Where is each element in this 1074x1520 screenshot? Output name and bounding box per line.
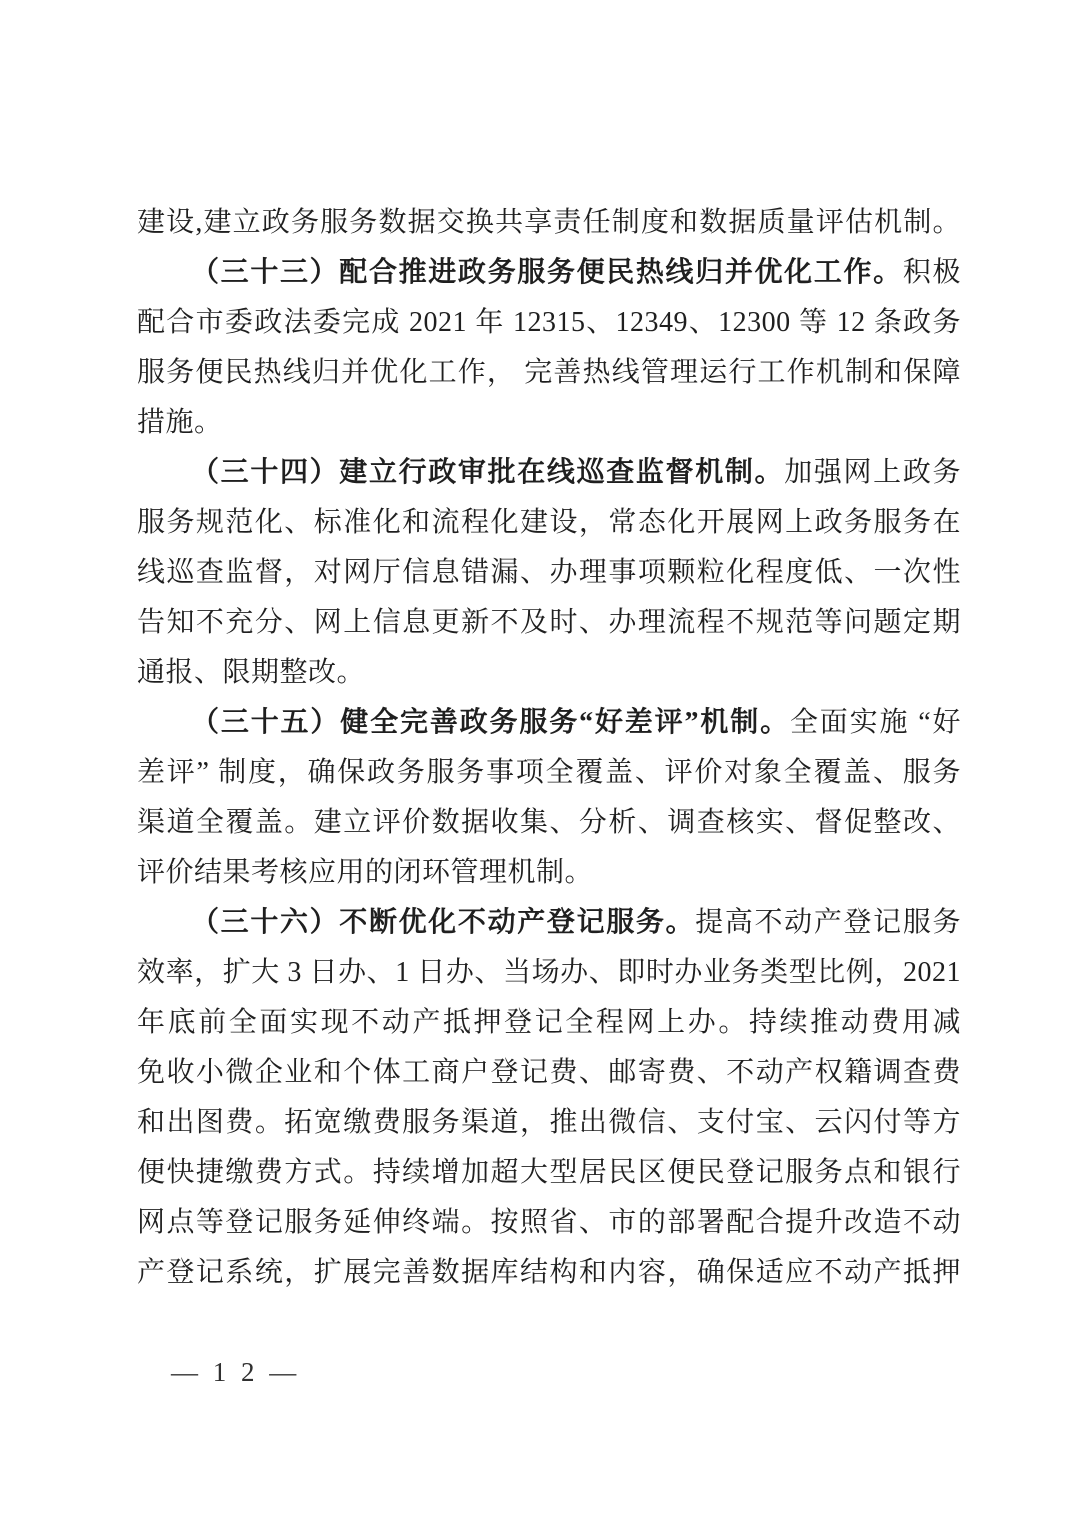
text-line: 配合市委政法委完成 2021 年 12315、12349、12300 等 12 …: [137, 298, 961, 348]
body-text: 提高不动产登记服务: [695, 907, 961, 938]
text-line: 通报、限期整改。: [137, 648, 961, 698]
text-line: （三十四）建立行政审批在线巡查监督机制。加强网上政务: [137, 448, 961, 498]
body-text: 和出图费。拓宽缴费服务渠道，推出微信、支付宝、云闪付等方: [137, 1107, 961, 1138]
body-text: 网点等登记服务延伸终端。按照省、市的部署配合提升改造不动: [137, 1207, 961, 1238]
text-line: （三十五）健全完善政务服务“好差评”机制。全面实施 “好: [137, 698, 961, 748]
body-text: 效率，扩大 3 日办、1 日办、当场办、即时办业务类型比例，2021: [137, 957, 961, 988]
body-text: 积极: [903, 257, 961, 288]
text-line: 和出图费。拓宽缴费服务渠道，推出微信、支付宝、云闪付等方: [137, 1098, 961, 1148]
section-heading-text: （三十三）配合推进政务服务便民热线归并优化工作。: [191, 257, 903, 288]
body-text: 线巡查监督，对网厅信息错漏、办理事项颗粒化程度低、一次性: [137, 557, 961, 588]
text-line: 效率，扩大 3 日办、1 日办、当场办、即时办业务类型比例，2021: [137, 948, 961, 998]
text-line: 评价结果考核应用的闭环管理机制。: [137, 848, 961, 898]
document-body: 建设,建立政务服务数据交换共享责任制度和数据质量评估机制。（三十三）配合推进政务…: [137, 198, 961, 1298]
text-line: 年底前全面实现不动产抵押登记全程网上办。持续推动费用减免，: [137, 998, 961, 1048]
text-line: 差评” 制度，确保政务服务事项全覆盖、评价对象全覆盖、服务: [137, 748, 961, 798]
text-line: 便快捷缴费方式。持续增加超大型居民区便民登记服务点和银行: [137, 1148, 961, 1198]
text-line: 网点等登记服务延伸终端。按照省、市的部署配合提升改造不动: [137, 1198, 961, 1248]
text-line: 线巡查监督，对网厅信息错漏、办理事项颗粒化程度低、一次性: [137, 548, 961, 598]
body-text: 通报、限期整改。: [137, 657, 365, 688]
text-line: （三十三）配合推进政务服务便民热线归并优化工作。积极: [137, 248, 961, 298]
text-line: 服务规范化、标准化和流程化建设，常态化开展网上政务服务在: [137, 498, 961, 548]
body-text: 配合市委政法委完成 2021 年 12315、12349、12300 等 12 …: [137, 307, 961, 338]
text-line: 产登记系统，扩展完善数据库结构和内容，确保适应不动产抵押: [137, 1248, 961, 1298]
text-line: （三十六）不断优化不动产登记服务。提高不动产登记服务: [137, 898, 961, 948]
text-line: 告知不充分、网上信息更新不及时、办理流程不规范等问题定期: [137, 598, 961, 648]
text-line: 免收小微企业和个体工商户登记费、邮寄费、不动产权籍调查费: [137, 1048, 961, 1098]
section-heading-text: （三十六）不断优化不动产登记服务。: [191, 907, 695, 938]
body-text: 渠道全覆盖。建立评价数据收集、分析、调查核实、督促整改、: [137, 807, 961, 838]
page-footer: — 1 2 —: [171, 1357, 300, 1387]
body-text: 评价结果考核应用的闭环管理机制。: [137, 857, 593, 888]
body-text: 便快捷缴费方式。持续增加超大型居民区便民登记服务点和银行: [137, 1157, 961, 1188]
page-number: — 1 2 —: [171, 1357, 300, 1387]
section-heading-text: （三十四）建立行政审批在线巡查监督机制。: [191, 457, 784, 488]
section-heading-text: （三十五）健全完善政务服务“好差评”机制。: [191, 707, 790, 738]
document-page: 建设,建立政务服务数据交换共享责任制度和数据质量评估机制。（三十三）配合推进政务…: [0, 0, 1074, 1520]
body-text: 告知不充分、网上信息更新不及时、办理流程不规范等问题定期: [137, 607, 961, 638]
text-line: 措施。: [137, 398, 961, 448]
text-line: 渠道全覆盖。建立评价数据收集、分析、调查核实、督促整改、: [137, 798, 961, 848]
body-text: 措施。: [137, 407, 223, 438]
body-text: 加强网上政务: [784, 457, 961, 488]
body-text: 年底前全面实现不动产抵押登记全程网上办。持续推动费用减免，: [137, 1007, 961, 1048]
body-text: 产登记系统，扩展完善数据库结构和内容，确保适应不动产抵押: [137, 1257, 961, 1288]
body-text: 服务便民热线归并优化工作， 完善热线管理运行工作机制和保障: [137, 357, 961, 388]
text-line: 建设,建立政务服务数据交换共享责任制度和数据质量评估机制。: [137, 198, 961, 248]
body-text: 建设,建立政务服务数据交换共享责任制度和数据质量评估机制。: [137, 207, 961, 238]
body-text: 服务规范化、标准化和流程化建设，常态化开展网上政务服务在: [137, 507, 961, 538]
body-text: 免收小微企业和个体工商户登记费、邮寄费、不动产权籍调查费: [137, 1057, 961, 1088]
body-text: 差评” 制度，确保政务服务事项全覆盖、评价对象全覆盖、服务: [137, 757, 961, 788]
body-text: 全面实施 “好: [790, 707, 961, 738]
text-line: 服务便民热线归并优化工作， 完善热线管理运行工作机制和保障: [137, 348, 961, 398]
